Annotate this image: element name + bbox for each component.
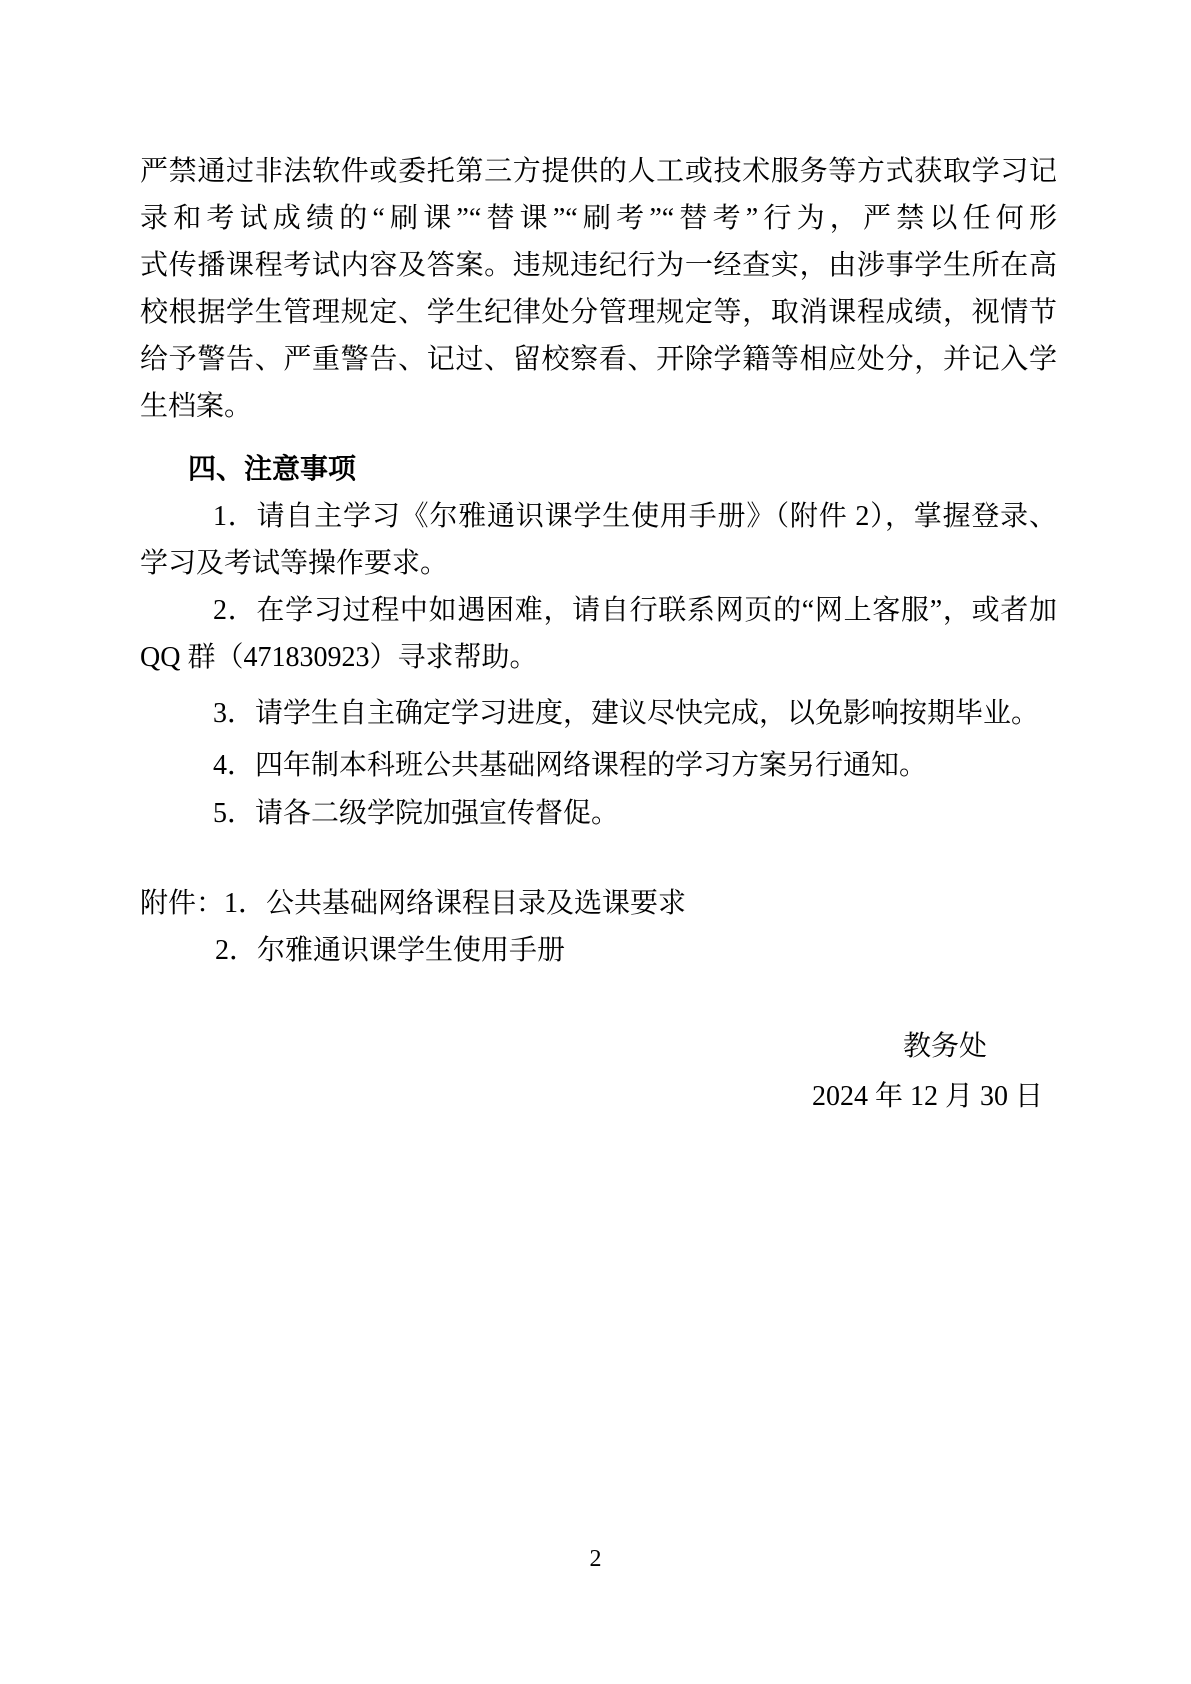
list-item-line: 5．请各二级学院加强宣传督促。 xyxy=(140,790,1057,837)
section-heading: 四、注意事项 xyxy=(140,446,1057,493)
signature-org: 教务处 xyxy=(140,1023,1057,1070)
list-item-line: QQ 群（471830923）寻求帮助。 xyxy=(140,634,1057,681)
body-line: 式传播课程考试内容及答案。违规违纪行为一经查实，由涉事学生所在高 xyxy=(140,242,1057,289)
attachment-line: 2．尔雅通识课学生使用手册 xyxy=(140,927,1057,974)
attachment-line: 附件：1．公共基础网络课程目录及选课要求 xyxy=(140,880,1057,927)
list-item-line: 4．四年制本科班公共基础网络课程的学习方案另行通知。 xyxy=(140,742,1057,789)
list-item-line: 3．请学生自主确定学习进度，建议尽快完成，以免影响按期毕业。 xyxy=(140,690,1057,737)
document-body: 严禁通过非法软件或委托第三方提供的人工或技术服务等方式获取学习记 录和考试成绩的… xyxy=(140,148,1057,1120)
body-line: 生档案。 xyxy=(140,383,1057,430)
page-number: 2 xyxy=(0,1544,1191,1574)
body-line: 严禁通过非法软件或委托第三方提供的人工或技术服务等方式获取学习记 xyxy=(140,148,1057,195)
signature-date: 2024 年 12 月 30 日 xyxy=(140,1073,1057,1120)
body-line: 给予警告、严重警告、记过、留校察看、开除学籍等相应处分，并记入学 xyxy=(140,336,1057,383)
list-item-line: 1．请自主学习《尔雅通识课学生使用手册》（附件 2），掌握登录、 xyxy=(140,493,1057,540)
list-item-line: 学习及考试等操作要求。 xyxy=(140,540,1057,587)
document-page: 严禁通过非法软件或委托第三方提供的人工或技术服务等方式获取学习记 录和考试成绩的… xyxy=(0,0,1191,1684)
body-line: 校根据学生管理规定、学生纪律处分管理规定等，取消课程成绩，视情节 xyxy=(140,289,1057,336)
list-item-line: 2．在学习过程中如遇困难，请自行联系网页的“网上客服”，或者加 xyxy=(140,587,1057,634)
body-line: 录和考试成绩的“刷课”“替课”“刷考”“替考”行为，严禁以任何形 xyxy=(140,195,1057,242)
